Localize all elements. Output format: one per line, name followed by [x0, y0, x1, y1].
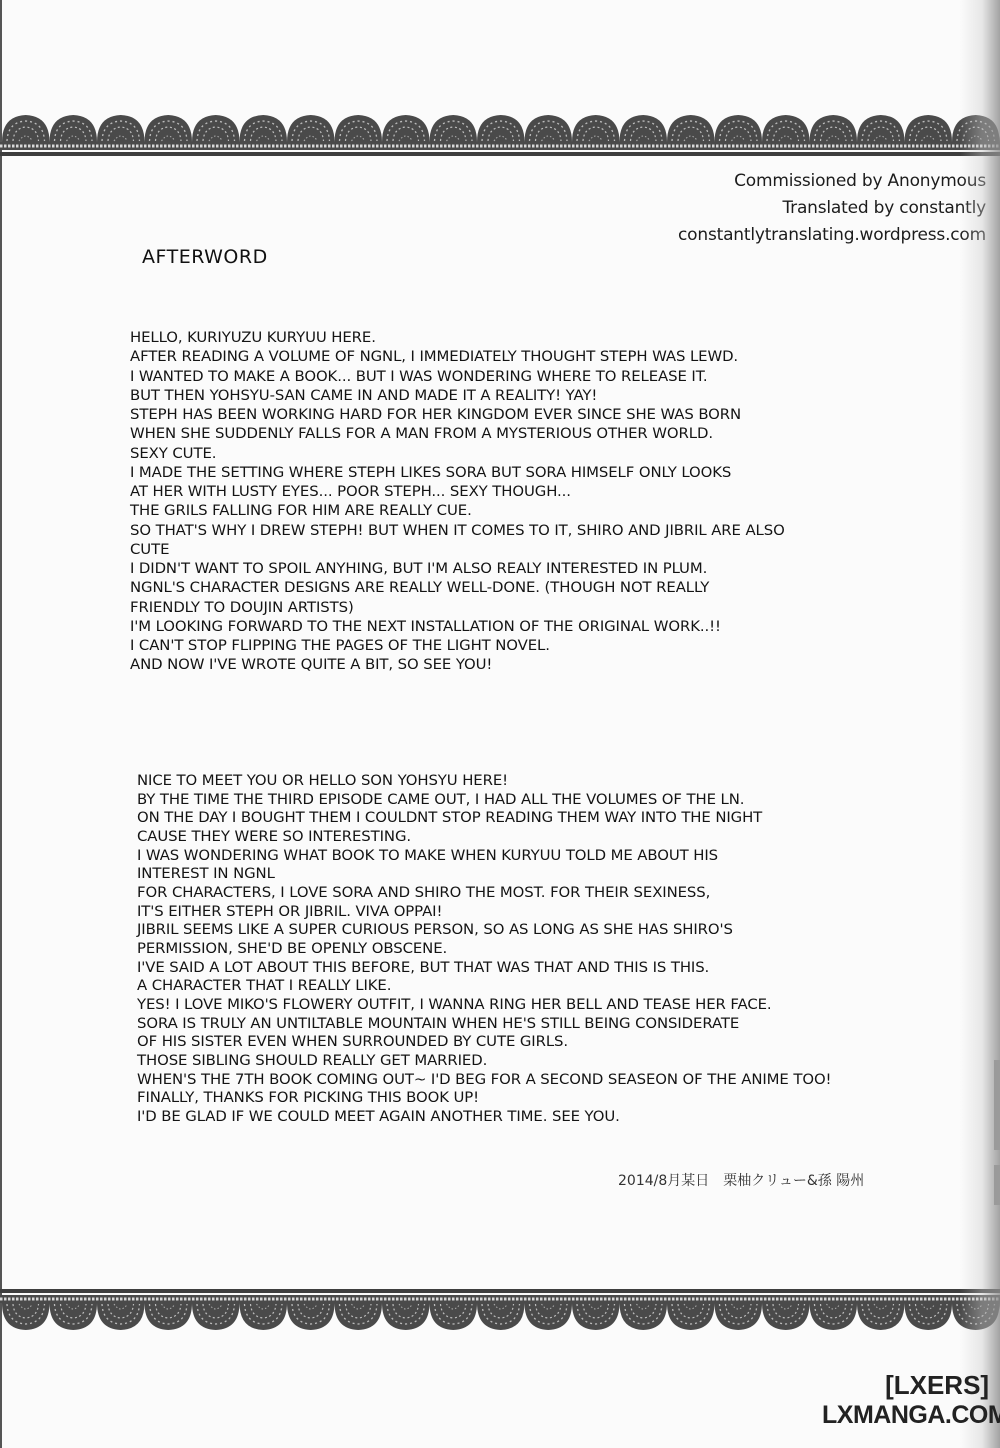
text-line: BY THE TIME THE THIRD EPISODE CAME OUT, … — [137, 791, 831, 810]
text-line: SORA IS TRULY AN UNTILTABLE MOUNTAIN WHE… — [137, 1015, 831, 1034]
text-line: STEPH HAS BEEN WORKING HARD FOR HER KING… — [130, 405, 785, 424]
text-line: I CAN'T STOP FLIPPING THE PAGES OF THE L… — [130, 636, 785, 655]
afterword-block-yohsyu: NICE TO MEET YOU OR HELLO SON YOHSYU HER… — [137, 772, 818, 1126]
text-line: AT HER WITH LUSTY EYES... POOR STEPH... … — [130, 482, 785, 501]
gutter-dark-mark — [994, 1165, 1000, 1205]
text-line: HELLO, KURIYUZU KURYUU HERE. — [130, 328, 785, 347]
page-gutter-shadow — [960, 0, 1000, 1448]
text-line: I MADE THE SETTING WHERE STEPH LIKES SOR… — [130, 463, 785, 482]
text-line: NICE TO MEET YOU OR HELLO SON YOHSYU HER… — [137, 772, 831, 791]
text-line: JIBRIL SEEMS LIKE A SUPER CURIOUS PERSON… — [137, 921, 831, 940]
text-line: FOR CHARACTERS, I LOVE SORA AND SHIRO TH… — [137, 884, 831, 903]
watermark-site: LXMANGA.COM — [822, 1400, 1000, 1430]
text-line: BUT THEN YOHSYU-SAN CAME IN AND MADE IT … — [130, 386, 785, 405]
page-left-edge — [0, 0, 2, 1448]
text-line: CAUSE THEY WERE SO INTERESTING. — [137, 828, 831, 847]
text-line: PERMISSION, SHE'D BE OPENLY OBSCENE. — [137, 940, 831, 959]
text-line: AND NOW I'VE WROTE QUITE A BIT, SO SEE Y… — [130, 655, 785, 674]
page-title: AFTERWORD — [142, 246, 268, 268]
credit-website: constantlytranslating.wordpress.com — [678, 222, 986, 249]
watermark-group: [LXERS] — [866, 1370, 1000, 1400]
text-line: FINALLY, THANKS FOR PICKING THIS BOOK UP… — [137, 1089, 831, 1108]
lace-border-bottom — [0, 1287, 1000, 1335]
text-line: YES! I LOVE MIKO'S FLOWERY OUTFIT, I WAN… — [137, 996, 831, 1015]
credit-translated: Translated by constantly — [678, 195, 986, 222]
text-line: THOSE SIBLING SHOULD REALLY GET MARRIED. — [137, 1052, 831, 1071]
signature-date: 2014/8月某日 栗柚クリュー&孫 陽州 — [618, 1170, 864, 1190]
text-line: I DIDN'T WANT TO SPOIL ANYHING, BUT I'M … — [130, 559, 785, 578]
text-line: I WAS WONDERING WHAT BOOK TO MAKE WHEN K… — [137, 847, 831, 866]
text-line: IT'S EITHER STEPH OR JIBRIL. VIVA OPPAI! — [137, 903, 831, 922]
text-line: AFTER READING A VOLUME OF NGNL, I IMMEDI… — [130, 347, 785, 366]
text-line: THE GRILS FALLING FOR HIM ARE REALLY CUE… — [130, 501, 785, 520]
translator-credits: Commissioned by Anonymous Translated by … — [678, 168, 986, 249]
text-line: SEXY CUTE. — [130, 444, 785, 463]
text-line: SO THAT'S WHY I DREW STEPH! BUT WHEN IT … — [130, 521, 785, 540]
lace-border-top — [0, 110, 1000, 158]
text-line: I'VE SAID A LOT ABOUT THIS BEFORE, BUT T… — [137, 959, 831, 978]
text-line: CUTE — [130, 540, 785, 559]
afterword-block-kuryuu: HELLO, KURIYUZU KURYUU HERE.AFTER READIN… — [130, 328, 772, 675]
text-line: WHEN'S THE 7TH BOOK COMING OUT~ I'D BEG … — [137, 1071, 831, 1090]
text-line: I WANTED TO MAKE A BOOK... BUT I WAS WON… — [130, 367, 785, 386]
text-line: OF HIS SISTER EVEN WHEN SURROUNDED BY CU… — [137, 1033, 831, 1052]
text-line: INTEREST IN NGNL — [137, 865, 831, 884]
credit-commissioned: Commissioned by Anonymous — [678, 168, 986, 195]
watermark: [LXERS] LXMANGA.COM — [866, 1370, 1000, 1430]
text-line: ON THE DAY I BOUGHT THEM I COULDNT STOP … — [137, 809, 831, 828]
text-line: WHEN SHE SUDDENLY FALLS FOR A MAN FROM A… — [130, 424, 785, 443]
text-line: I'M LOOKING FORWARD TO THE NEXT INSTALLA… — [130, 617, 785, 636]
text-line: FRIENDLY TO DOUJIN ARTISTS) — [130, 598, 785, 617]
text-line: I'D BE GLAD IF WE COULD MEET AGAIN ANOTH… — [137, 1108, 831, 1127]
text-line: A CHARACTER THAT I REALLY LIKE. — [137, 977, 831, 996]
text-line: NGNL'S CHARACTER DESIGNS ARE REALLY WELL… — [130, 578, 785, 597]
gutter-dark-mark — [994, 1060, 1000, 1150]
